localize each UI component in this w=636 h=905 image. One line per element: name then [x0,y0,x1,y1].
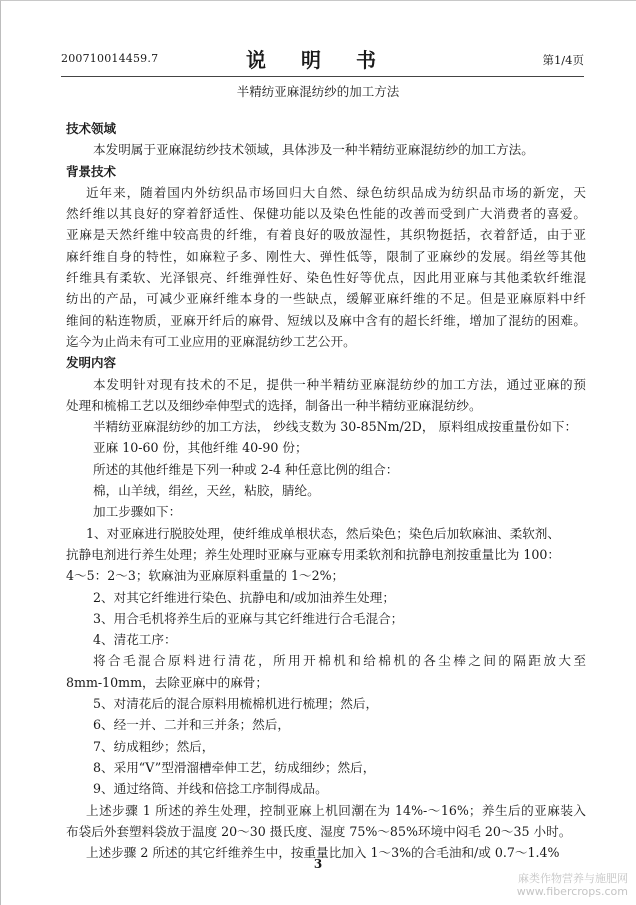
paragraph-line: 半精纺亚麻混纺纱的加工方法， 纱线支数为 30-85Nm/2D， 原料组成按重量… [66,416,586,437]
section-heading-invention: 发明内容 [66,352,586,373]
paragraph-line: 然纤维以其良好的穿着舒适性、保健功能以及染色性能的改善而受到广大消费者的喜爱。 [66,203,586,224]
paragraph-line: 加工步骤如下： [66,501,586,522]
step-line: 3、用合毛机将养生后的亚麻与其它纤维进行合毛混合； [66,608,586,629]
watermark-site-name: 麻类作物营养与施肥网 [517,872,628,885]
document-body: 技术领域 本发明属于亚麻混纺纱技术领域，具体涉及一种半精纺亚麻混纺纱的加工方法。… [66,118,586,863]
step-line: 5、对清花后的混合原料用梳棉机进行梳理；然后， [66,693,586,714]
paragraph-line: 迄今为止尚未有可工业应用的亚麻混纺纱工艺公开。 [66,331,586,352]
paragraph-line: 处理和梳棉工艺以及细纱牵伸型式的选择，制备出一种半精纺亚麻混纺纱。 [66,395,586,416]
page-indicator: 第1/4页 [542,52,584,68]
paragraph-line: 近年来，随着国内外纺织品市场回归大自然、绿色纺织品成为纺织品市场的新宠，天 [66,182,586,203]
paragraph-line: 本发明属于亚麻混纺纱技术领域，具体涉及一种半精纺亚麻混纺纱的加工方法。 [66,139,586,160]
watermark-url: www.fibercrops.com [517,885,628,898]
header-divider [61,76,584,77]
paragraph-line: 麻纤维自身的特性，如麻粒子多、刚性大、弹性低等，限制了亚麻纱的发展。绢丝等其他 [66,246,586,267]
paragraph-line: 维间的粘连物质，亚麻开纤后的麻骨、短绒以及麻中含有的超长纤维，增加了混纺的困难。 [66,310,586,331]
paragraph-line: 布袋后外套塑料袋放于温度 20～30 摄氏度、湿度 75%～85%环境中闷毛 2… [66,821,586,842]
step-line: 将合毛混合原料进行清花，所用开棉机和给棉机的各尘棒之间的隔距放大至 [66,650,586,671]
step-line: 4～5：2～3；软麻油为亚麻原料重量的 1～2%； [66,565,586,586]
paragraph-line: 纤维具有柔软、光泽银亮、纤维弹性好、染色性好等优点，因此用亚麻与其他柔软纤维混 [66,267,586,288]
step-line: 8、采用“V”型滑溜槽牵伸工艺，纺成细纱；然后， [66,757,586,778]
paragraph-line: 本发明针对现有技术的不足，提供一种半精纺亚麻混纺纱的加工方法，通过亚麻的预 [66,374,586,395]
paragraph-line: 棉，山羊绒，绢丝，天丝，粘胶，腈纶。 [66,480,586,501]
section-heading-technical-field: 技术领域 [66,118,586,139]
document-title: 半精纺亚麻混纺纱的加工方法 [0,82,636,100]
paragraph-line: 上述步骤 1 所述的养生处理，控制亚麻上机回潮在为 14%-～16%；养生后的亚… [66,800,586,821]
watermark: 麻类作物营养与施肥网 www.fibercrops.com [517,872,628,898]
step-line: 抗静电剂进行养生处理；养生处理时亚麻与亚麻专用柔软剂和抗静电剂按重量比为 100… [66,544,586,565]
paragraph-line: 纺出的产品，可减少亚麻纤维本身的一些缺点，缓解亚麻纤维的不足。但是亚麻原料中纤 [66,288,586,309]
step-line: 2、对其它纤维进行染色、抗静电和/或加油养生处理； [66,587,586,608]
paragraph-line: 亚麻是天然纤维中较高贵的纤维，有着良好的吸放湿性，其织物挺括，衣着舒适，由于亚 [66,224,586,245]
header-title: 说 明 书 [0,44,636,73]
step-line: 6、经一并、二并和三并条；然后， [66,714,586,735]
step-line: 8mm-10mm，去除亚麻中的麻骨； [66,672,586,693]
section-heading-background: 背景技术 [66,161,586,182]
paragraph-line: 亚麻 10-60 份，其他纤维 40-90 份； [66,437,586,458]
step-line: 7、纺成粗纱；然后， [66,736,586,757]
page-number: 3 [0,857,636,871]
step-line: 1、对亚麻进行脱胶处理，使纤维成单根状态，然后染色；染色后加软麻油、柔软剂、 [66,523,586,544]
step-line: 9、通过络筒、并线和倍捻工序制得成品。 [66,778,586,799]
step-line: 4、清花工序： [66,629,586,650]
paragraph-line: 所述的其他纤维是下列一种或 2-4 种任意比例的组合： [66,459,586,480]
